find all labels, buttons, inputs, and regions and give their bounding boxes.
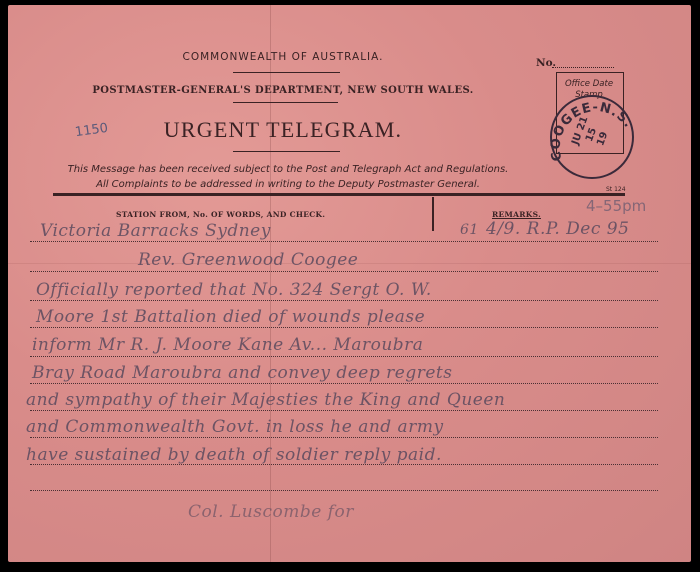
ruled-line [30, 356, 658, 357]
ruled-line [30, 490, 658, 491]
notice-text: This Message has been received subject t… [8, 162, 568, 192]
header-rule-3 [233, 151, 340, 152]
message-line: Bray Road Maroubra and convey deep regre… [32, 363, 452, 383]
header-rule-2 [233, 102, 338, 103]
telegram-form: 1150 COMMONWEALTH OF AUSTRALIA. POSTMAST… [8, 5, 691, 562]
word-count: 61 [460, 222, 479, 238]
notice-line-2: All Complaints to be addressed in writin… [8, 177, 568, 192]
column-divider [432, 197, 434, 231]
check-code: 4/9. R.P. Dec 95 [486, 219, 629, 239]
message-line: Officially reported that No. 324 Sergt O… [36, 280, 432, 300]
header-rule-1 [233, 72, 340, 73]
page-title: URGENT TELEGRAM. [8, 117, 558, 143]
signature: Col. Luscombe for [188, 502, 354, 522]
postmark-town-ring: COOGEE-N.S.W. [548, 65, 648, 175]
ruled-line [30, 300, 658, 301]
svg-text:COOGEE-N.S.W.: COOGEE-N.S.W. [548, 65, 636, 162]
station-from: Victoria Barracks Sydney [40, 221, 271, 241]
message-line: have sustained by death of soldier reply… [26, 445, 442, 465]
ruled-line [30, 327, 658, 328]
ruled-line [30, 437, 658, 438]
header-department: POSTMASTER-GENERAL'S DEPARTMENT, NEW SOU… [8, 85, 558, 96]
time-received: 4–55pm [586, 197, 646, 215]
ruled-line [30, 410, 658, 411]
ruled-line [30, 241, 658, 242]
ruled-line [30, 271, 658, 272]
message-line: and Commonwealth Govt. in loss he and ar… [26, 417, 444, 437]
form-code: St 124 [606, 186, 626, 193]
ruled-line [30, 383, 658, 384]
message-line: inform Mr R. J. Moore Kane Av... Maroubr… [32, 335, 423, 355]
postmark-town-text-icon: COOGEE-N.S.W. [548, 65, 648, 175]
message-line: Moore 1st Battalion died of wounds pleas… [36, 307, 425, 327]
section-divider [53, 193, 625, 196]
notice-line-1: This Message has been received subject t… [8, 162, 568, 177]
column-station-header: STATION FROM, No. OF WORDS, AND CHECK. [116, 210, 325, 219]
header-commonwealth: COMMONWEALTH OF AUSTRALIA. [8, 51, 558, 63]
message-line: and sympathy of their Majesties the King… [26, 390, 505, 410]
column-remarks-header: REMARKS. [492, 210, 541, 219]
addressee: Rev. Greenwood Coogee [138, 250, 358, 270]
